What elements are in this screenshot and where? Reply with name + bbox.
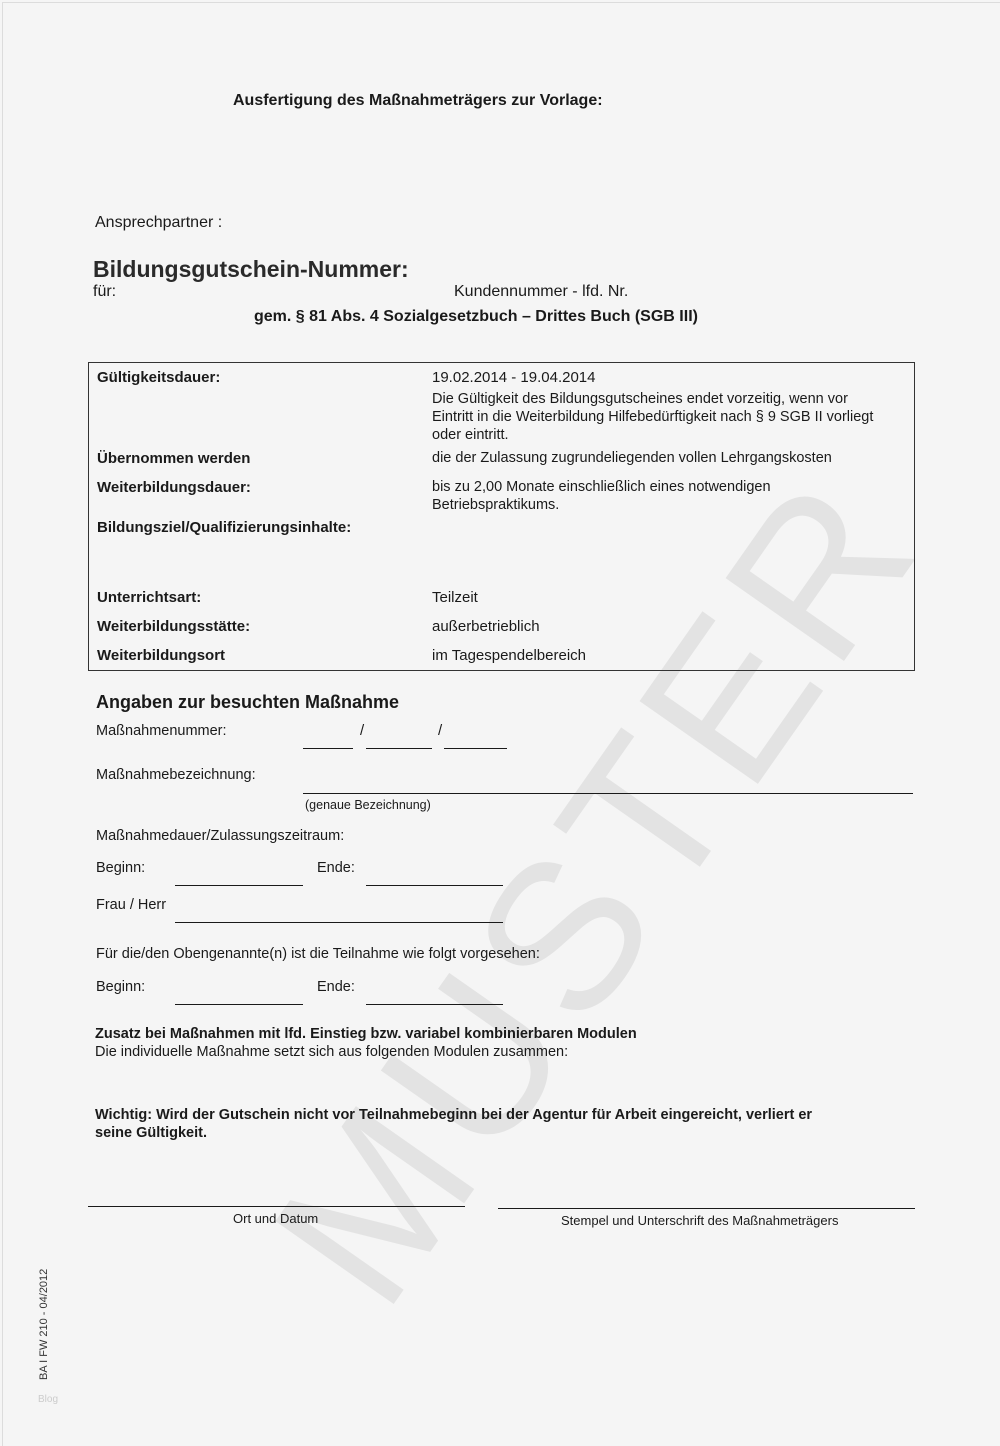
measure-number-separator-1: / [360, 722, 364, 739]
measure-number-field-1[interactable] [303, 748, 353, 749]
important-note-line1: Wichtig: Wird der Gutschein nicht vor Te… [95, 1107, 812, 1123]
validity-note-line2: Eintritt in die Weiterbildung Hilfebedür… [432, 409, 873, 425]
duration-value-line2: Betriebspraktikums. [432, 497, 559, 513]
venue-label: Weiterbildungsstätte: [97, 618, 250, 635]
place-date-signature-line[interactable] [88, 1206, 465, 1207]
period-start-label: Beginn: [96, 860, 145, 876]
measure-name-hint: (genaue Bezeichnung) [305, 798, 431, 812]
validity-value: 19.02.2014 - 19.04.2014 [432, 369, 595, 386]
stamp-signature-label: Stempel und Unterschrift des Maßnahmeträ… [561, 1213, 838, 1228]
teaching-type-value: Teilzeit [432, 589, 478, 606]
person-label: Frau / Herr [96, 897, 166, 913]
blog-watermark: Blog [38, 1394, 58, 1405]
for-label: für: [93, 283, 116, 301]
duration-value-line1: bis zu 2,00 Monate einschließlich eines … [432, 479, 771, 495]
measure-number-label: Maßnahmenummer: [96, 723, 227, 739]
participation-start-field[interactable] [175, 1004, 303, 1005]
measure-name-label: Maßnahmebezeichnung: [96, 767, 256, 783]
location-label: Weiterbildungsort [97, 647, 225, 664]
venue-value: außerbetrieblich [432, 618, 540, 635]
stamp-signature-line[interactable] [498, 1208, 915, 1209]
participation-start-label: Beginn: [96, 979, 145, 995]
validity-note-line1: Die Gültigkeit des Bildungsgutscheines e… [432, 391, 848, 407]
legal-basis: gem. § 81 Abs. 4 Sozialgesetzbuch – Drit… [254, 308, 698, 326]
measure-number-field-2[interactable] [366, 748, 432, 749]
modules-title: Zusatz bei Maßnahmen mit lfd. Einstieg b… [95, 1026, 637, 1042]
period-end-field[interactable] [366, 885, 503, 886]
voucher-number-title: Bildungsgutschein-Nummer: [93, 256, 409, 283]
measure-name-field[interactable] [303, 793, 913, 794]
validity-label: Gültigkeitsdauer: [97, 369, 220, 386]
covered-label: Übernommen werden [97, 450, 250, 467]
form-code: BA I FW 210 - 04/2012 [38, 1269, 50, 1380]
duration-label: Weiterbildungsdauer: [97, 479, 251, 496]
person-name-field[interactable] [175, 922, 503, 923]
location-value: im Tagespendelbereich [432, 647, 586, 664]
participation-end-field[interactable] [366, 1004, 503, 1005]
important-note-line2: seine Gültigkeit. [95, 1125, 207, 1141]
teaching-type-label: Unterrichtsart: [97, 589, 201, 606]
customer-number-label: Kundennummer - lfd. Nr. [454, 283, 628, 301]
participation-end-label: Ende: [317, 979, 355, 995]
place-date-label: Ort und Datum [233, 1211, 318, 1226]
modules-text: Die individuelle Maßnahme setzt sich aus… [95, 1044, 568, 1060]
covered-value: die der Zulassung zugrundeliegenden voll… [432, 450, 832, 466]
period-end-label: Ende: [317, 860, 355, 876]
measure-number-field-3[interactable] [444, 748, 507, 749]
document-title: Ausfertigung des Maßnahmeträgers zur Vor… [233, 92, 603, 110]
goal-label: Bildungsziel/Qualifizierungsinhalte: [97, 519, 351, 536]
measure-number-separator-2: / [438, 722, 442, 739]
validity-note-line3: oder eintritt. [432, 427, 509, 443]
measure-section-title: Angaben zur besuchten Maßnahme [96, 692, 399, 713]
measure-period-label: Maßnahmedauer/Zulassungszeitraum: [96, 828, 344, 844]
participation-text: Für die/den Obengenannte(n) ist die Teil… [96, 946, 540, 962]
contact-label: Ansprechpartner : [95, 214, 222, 232]
period-start-field[interactable] [175, 885, 303, 886]
